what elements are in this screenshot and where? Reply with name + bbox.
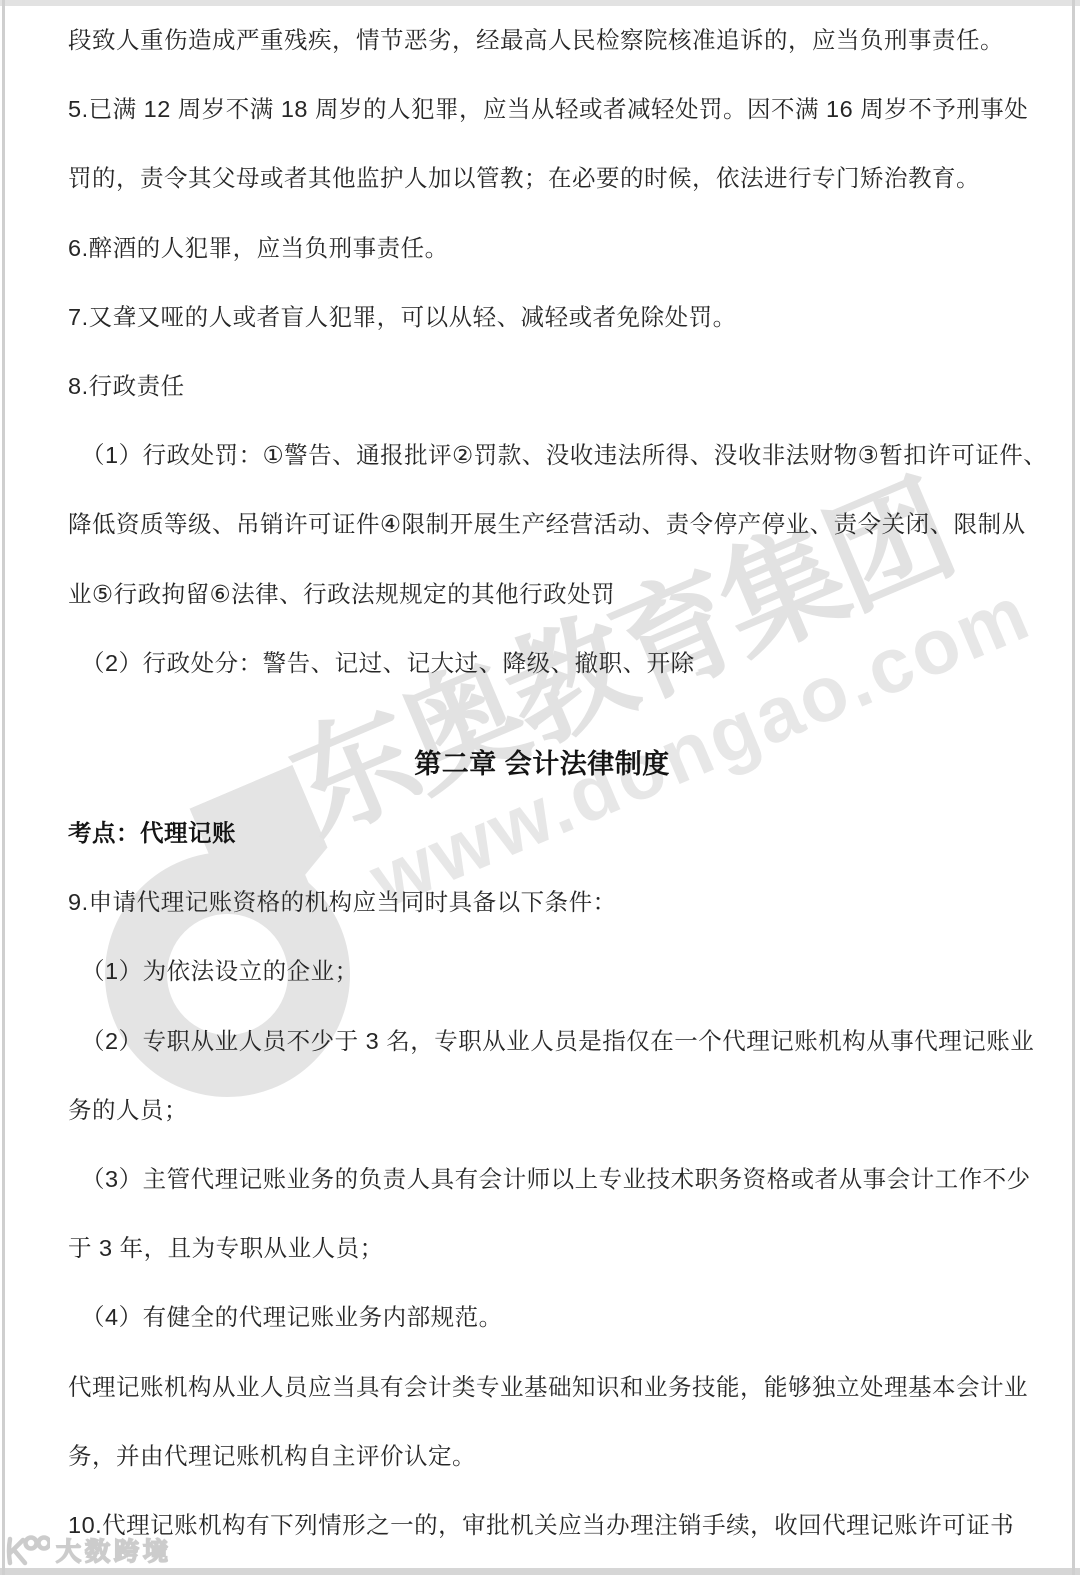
page-edge-right [1072,0,1075,1575]
text-line-8: 降低资质等级、吊销许可证件④限制开展生产经营活动、责令停产停业、责令关闭、限制从 [68,490,1016,559]
page-edge-top [0,0,1080,6]
page-edge-bottom [0,1568,1080,1575]
text-line-10: （2）行政处分：警告、记过、记大过、降级、撤职、开除 [68,629,1016,698]
text-line-4: 6.醉酒的人犯罪，应当负刑事责任。 [68,214,1016,283]
text-line-13: 9.申请代理记账资格的机构应当同时具备以下条件： [68,868,1016,937]
text-line-16: 务的人员； [68,1076,1016,1145]
text-line-2: 5.已满 12 周岁不满 18 周岁的人犯罪，应当从轻或者减轻处罚。因不满 16… [68,75,1016,144]
text-line-14: （1）为依法设立的企业； [68,937,1016,1006]
text-line-15: （2）专职从业人员不少于 3 名，专职从业人员是指仅在一个代理记账机构从事代理记… [68,1007,1016,1076]
document-body: 段致人重伤造成严重残疾，情节恶劣，经最高人民检察院核准追诉的，应当负刑事责任。5… [68,6,1016,1560]
footer-logo: 大数跨境 [4,1532,172,1568]
text-line-21: 务，并由代理记账机构自主评价认定。 [68,1422,1016,1491]
text-line-1: 段致人重伤造成严重残疾，情节恶劣，经最高人民检察院核准追诉的，应当负刑事责任。 [68,6,1016,75]
text-line-17: （3）主管代理记账业务的负责人具有会计师以上专业技术职务资格或者从事会计工作不少 [68,1145,1016,1214]
text-line-19: （4）有健全的代理记账业务内部规范。 [68,1283,1016,1352]
page-edge-left [2,0,5,1575]
text-line-5: 7.又聋又哑的人或者盲人犯罪，可以从轻、减轻或者免除处罚。 [68,283,1016,352]
text-line-3: 罚的，责令其父母或者其他监护人加以管教；在必要的时候，依法进行专门矫治教育。 [68,144,1016,213]
text-line-12: 考点：代理记账 [68,799,1016,868]
text-line-20: 代理记账机构从业人员应当具有会计类专业基础知识和业务技能，能够独立处理基本会计业 [68,1353,1016,1422]
text-line-6: 8.行政责任 [68,352,1016,421]
footer-logo-icon [4,1533,50,1567]
footer-logo-label: 大数跨境 [56,1532,172,1568]
text-line-11: 第二章 会计法律制度 [68,730,1016,799]
text-line-18: 于 3 年，且为专职从业人员； [68,1214,1016,1283]
text-line-9: 业⑤行政拘留⑥法律、行政法规规定的其他行政处罚 [68,560,1016,629]
text-line-7: （1）行政处罚：①警告、通报批评②罚款、没收违法所得、没收非法财物③暂扣许可证件… [68,421,1016,490]
text-line-22: 10.代理记账机构有下列情形之一的，审批机关应当办理注销手续，收回代理记账许可证… [68,1491,1016,1560]
